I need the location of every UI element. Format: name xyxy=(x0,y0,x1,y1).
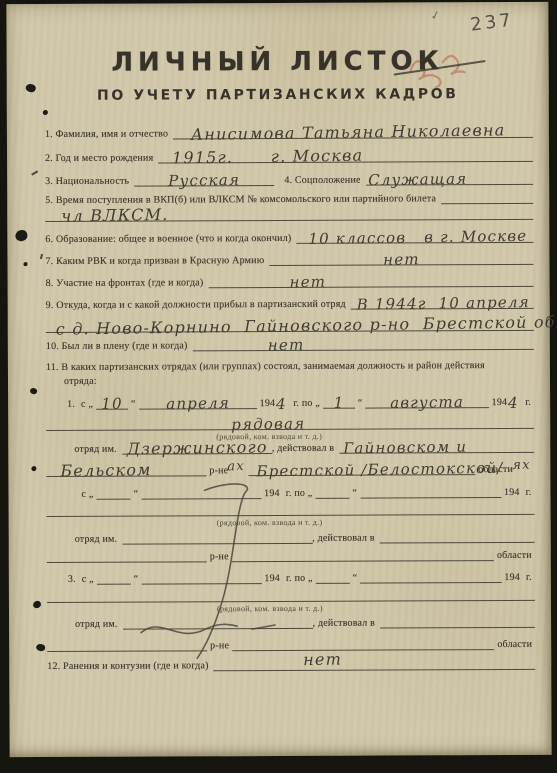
pen-flourish-stroke xyxy=(6,2,551,757)
paper-speck xyxy=(31,466,36,471)
paper-speck xyxy=(23,262,27,266)
punch-hole xyxy=(43,110,48,115)
scanned-document: ✓ 237 ЛИЧНЫЙ ЛИСТОК ПО УЧЕТУ ПАРТИЗАНСКИ… xyxy=(0,0,557,773)
document-paper: ✓ 237 ЛИЧНЫЙ ЛИСТОК ПО УЧЕТУ ПАРТИЗАНСКИ… xyxy=(6,2,551,757)
